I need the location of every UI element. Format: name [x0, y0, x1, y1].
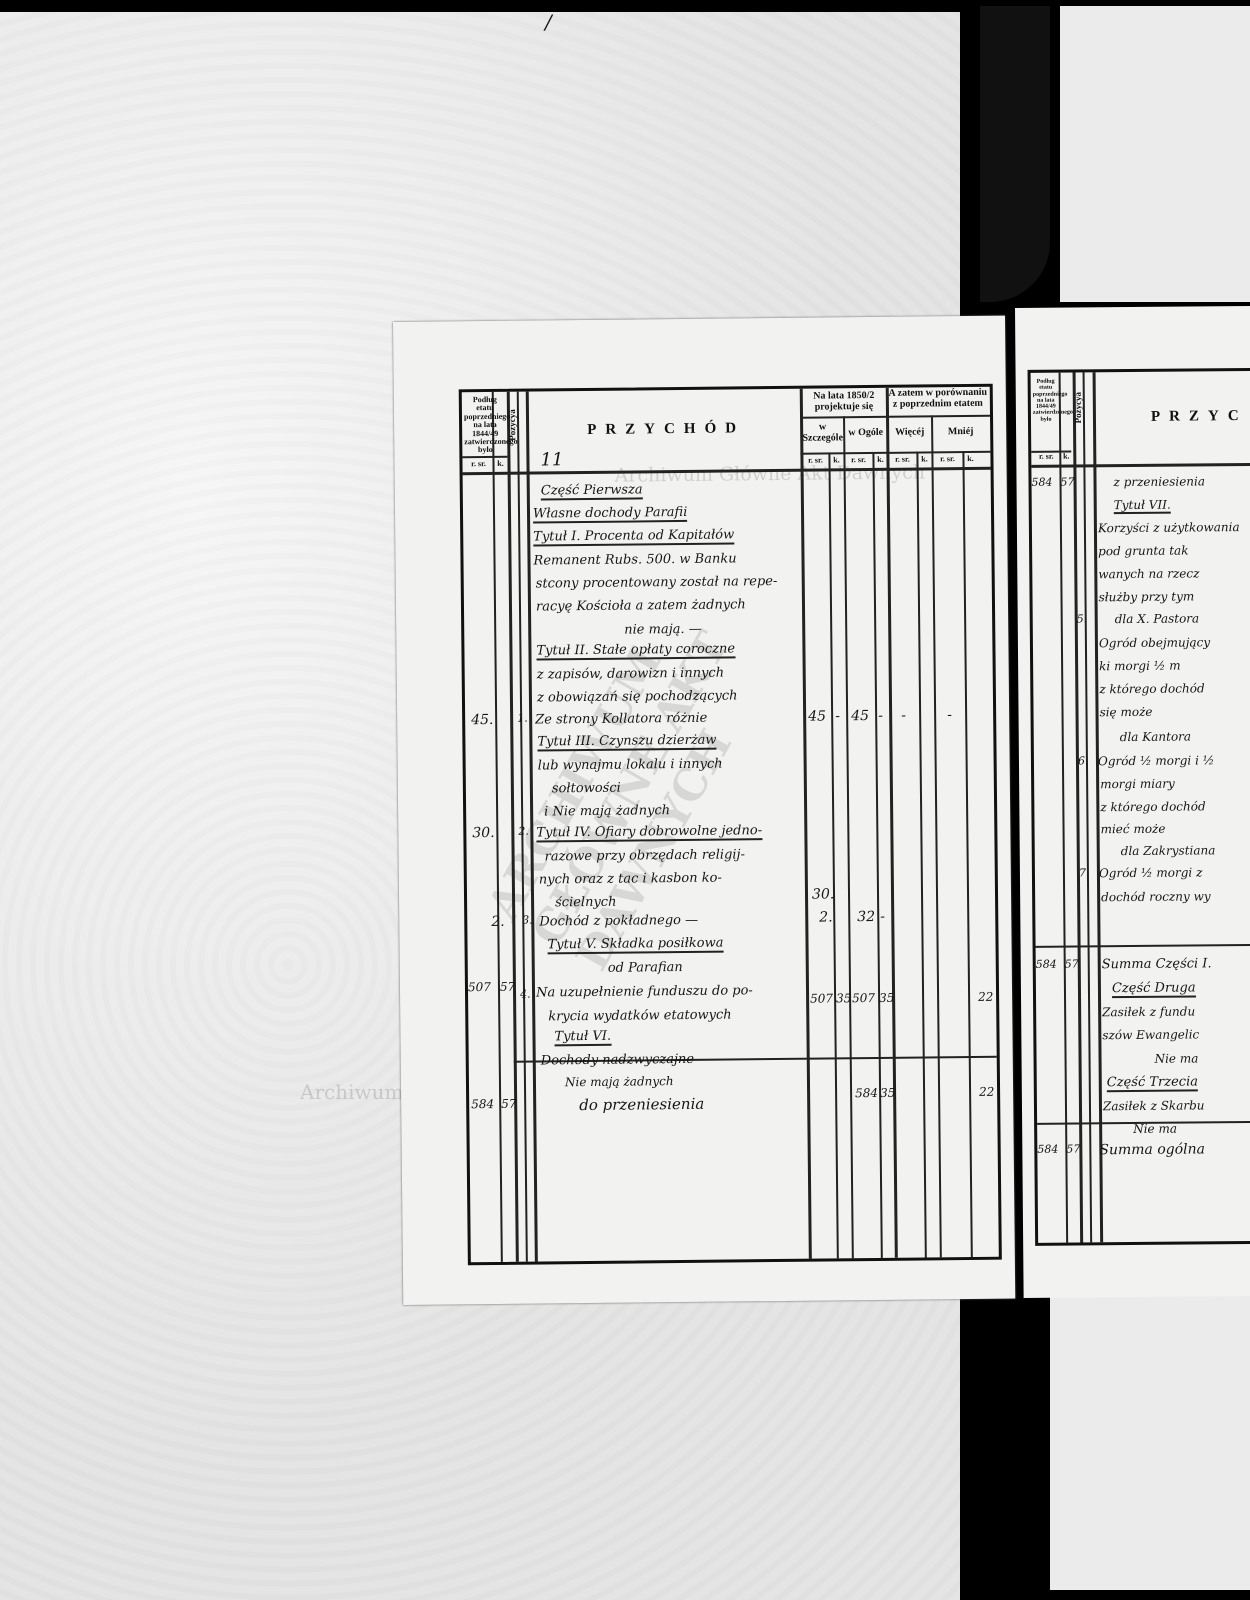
header-total: w Ogóle — [845, 428, 886, 439]
detail-kopecks: - — [835, 708, 840, 724]
prev-amount: 2. — [491, 914, 505, 930]
entry-text: Nie ma — [1154, 1051, 1198, 1065]
carry-total-amount: 584 — [855, 1086, 878, 1100]
entry-text: nych oraz z tac i kasbon ko- — [539, 871, 722, 888]
page-number-mark: 11 — [540, 449, 563, 470]
folio-mark: / — [545, 10, 552, 34]
entry-text: sołtowości — [552, 781, 621, 797]
entry-text: dochód roczny wy — [1101, 889, 1211, 904]
unit-k: k. — [1060, 453, 1072, 461]
header-prev-budget: Podług etatu poprzedniego na lata 1844/4… — [464, 396, 507, 455]
header-przychod: PRZYCHÓD — [532, 421, 800, 440]
row-divider — [800, 415, 990, 419]
unit-k: k. — [918, 455, 930, 464]
entry-text: Nie ma — [1133, 1122, 1177, 1136]
row-divider — [1036, 944, 1250, 948]
total-kopecks: - — [878, 708, 883, 724]
col-divider — [1083, 372, 1093, 1242]
carry-less-amount: 22 — [979, 1085, 994, 1099]
entry-text: ki morgi ½ m — [1099, 659, 1181, 674]
entry-text: racyę Kościoła a zatem żadnych — [536, 597, 746, 614]
entry-text: z przeniesienia — [1113, 474, 1205, 489]
unit-rs: r. sr. — [888, 456, 916, 465]
header-projected: Na lata 1850/2 projektuje się — [802, 391, 886, 413]
ledger-page-left: ARCHIWUM GŁÓWNE AKT DAWNYCH Archiwum Głó… — [393, 316, 1015, 1305]
prev-amount: 45. — [471, 712, 493, 728]
header-przychod: PRZYC — [1151, 409, 1250, 426]
entry-text: Zasiłek z Skarbu — [1103, 1098, 1205, 1113]
entry-text: wanych na rzecz — [1098, 566, 1199, 581]
entry-text: Część Pierwsza — [541, 482, 643, 500]
entry-text: razowe przy obrzędach religij- — [545, 847, 746, 864]
prev-kopecks: 57 — [1060, 475, 1074, 488]
entry-text: Własne dochody Parafii — [533, 505, 688, 524]
entry-text: Tytuł V. Składka posiłkowa — [547, 936, 723, 955]
entry-text: z którego dochód — [1100, 799, 1205, 814]
entry-text: Ogród ½ morgi z — [1099, 865, 1203, 880]
income-table-continued: Podług etatu poprzedniego na lata 1844/4… — [1028, 368, 1250, 1246]
entry-text: szów Ewangelic — [1102, 1027, 1199, 1042]
col-divider — [1073, 372, 1084, 1242]
entry-text: z obowiązań się pochodzących — [537, 688, 738, 705]
entry-text: mieć może — [1100, 822, 1165, 837]
total-amount: 32 — [857, 909, 875, 925]
entry-text: stcony procentowany został na repe- — [536, 574, 778, 592]
carry-prev-kopecks: 57 — [501, 1097, 516, 1111]
total-amount: 507 — [852, 991, 875, 1005]
entry-text: Tytuł II. Stałe opłaty coroczne — [536, 641, 735, 660]
entry-text: Remanent Rubs. 500. w Banku — [533, 551, 736, 568]
entry-text: Ze strony Kollatora różnie — [535, 711, 707, 728]
carry-over-label: do przeniesienia — [579, 1095, 704, 1114]
carry-prev-amount: 584 — [471, 1097, 494, 1111]
col-divider — [507, 392, 519, 1262]
total-kopecks: 35 — [879, 991, 894, 1005]
book-gutter-shadow — [980, 6, 1050, 302]
entry-text: Tytuł I. Procenta od Kapitałów — [533, 527, 734, 546]
position-number: 3. — [522, 914, 533, 927]
unit-rs: r. sr. — [464, 460, 492, 469]
total-kopecks: - — [880, 909, 885, 925]
header-position: Pozycya — [508, 400, 519, 450]
unit-rs: r. sr. — [1033, 453, 1059, 462]
part2-heading: Część Druga — [1112, 980, 1196, 998]
entry-text: służby przy tym — [1098, 589, 1194, 604]
entry-text: dla Zakrystiana — [1121, 843, 1216, 858]
entry-text: dla Kantora — [1120, 729, 1191, 744]
entry-text: pod grunta tak — [1098, 543, 1188, 558]
entry-text: krycia wydatków etatowych — [548, 1007, 731, 1024]
entry-text: Dochód z pokładnego — — [539, 913, 698, 930]
entry-text: Ogród ½ morgi i ½ — [1098, 753, 1215, 768]
detail-kopecks: 35 — [836, 991, 851, 1005]
detail-amount: 2. — [819, 909, 833, 925]
sum-part1-amount: 584 — [1036, 958, 1057, 971]
prev-amount: 584 — [1031, 476, 1052, 489]
header-detail: w Szczególe — [802, 422, 843, 443]
col-divider — [962, 451, 972, 1257]
part3-heading: Część Trzecia — [1107, 1074, 1198, 1092]
entry-text: dla X. Pastora — [1115, 611, 1200, 626]
entry-text: od Parafian — [608, 960, 683, 976]
entry-text: Tytuł VI. — [554, 1029, 611, 1047]
detail-amount: 45 — [808, 708, 826, 724]
entry-text: ścielnych — [555, 895, 616, 911]
entry-text: morgi miary — [1100, 777, 1175, 792]
position-number: 4. — [520, 988, 531, 1001]
unit-k: k. — [494, 460, 506, 469]
entry-text: Ogród obejmujący — [1099, 635, 1210, 650]
entry-text: z którego dochód — [1099, 681, 1204, 696]
entry-text: i Nie mają żadnych — [544, 803, 670, 819]
entry-text: Zasiłek z fundu — [1102, 1004, 1195, 1019]
col-divider — [800, 389, 812, 1259]
detail-amount: 30. — [812, 886, 834, 902]
col-divider — [843, 416, 854, 1258]
col-divider — [886, 388, 898, 1258]
detail-amount: 507 — [810, 991, 833, 1005]
header-bottom-rule — [1031, 463, 1250, 468]
header-comparison: A zatem w porównaniu z poprzednim etatem — [888, 388, 988, 410]
col-divider — [1059, 373, 1069, 1243]
entry-text: Na uzupełnienie funduszu do po- — [536, 983, 753, 1000]
prev-amount: 30. — [472, 825, 494, 841]
next-sheet-bottom — [1050, 1294, 1250, 1590]
entry-text: Dochody nadzwyczajne — [541, 1052, 694, 1069]
position-number: 7. — [1079, 866, 1090, 879]
unit-k: k. — [964, 455, 976, 464]
position-number: 6. — [1078, 754, 1089, 767]
prev-amount: 507 — [468, 980, 491, 994]
position-number: 5. — [1077, 612, 1088, 625]
header-prev-budget: Podług etatu poprzedniego na lata 1844/4… — [1033, 379, 1059, 423]
less-amount: 22 — [978, 990, 993, 1004]
entry-text: Korzyści z użytkowania — [1098, 520, 1240, 535]
col-divider — [916, 452, 926, 1258]
carry-total-kopecks: 35 — [880, 1086, 895, 1100]
unit-k: k. — [874, 456, 886, 465]
unit-rs: r. sr. — [802, 456, 828, 465]
header-more: Więcéj — [888, 427, 931, 438]
entry-text: z zapisów, darowizn i innych — [537, 666, 725, 683]
entry-text: Tytuł III. Czynszu dzierżaw — [537, 733, 716, 752]
col-divider — [828, 452, 838, 1258]
position-number: 2. — [518, 825, 529, 838]
header-less: Mniéj — [933, 427, 988, 438]
ledger-page-right: Podług etatu poprzedniego na lata 1844/4… — [1015, 306, 1250, 1298]
entry-text: lub wynajmu lokalu i innych — [538, 757, 723, 774]
entry-text: Nie mają żadnych — [565, 1074, 674, 1089]
position-number: 1. — [517, 712, 528, 725]
income-table: Podług etatu poprzedniego na lata 1844/4… — [459, 384, 1002, 1266]
header-position: Pozycya — [1074, 382, 1083, 432]
next-sheet-top — [1060, 6, 1250, 302]
grand-total-label: Summa ogólna — [1099, 1141, 1205, 1158]
entry-text: Tytuł IV. Ofiary dobrowolne jedno- — [536, 823, 762, 842]
more-amount: - — [901, 708, 906, 724]
grand-total-kopecks: 57 — [1066, 1142, 1080, 1155]
unit-rs: r. sr. — [845, 456, 871, 465]
sum-part1-label: Summa Części I. — [1102, 956, 1212, 972]
unit-k: k. — [830, 456, 842, 465]
col-divider — [931, 415, 942, 1257]
entry-text: Tytuł VII. — [1114, 498, 1171, 514]
less-amount: - — [947, 707, 952, 723]
col-divider — [872, 452, 882, 1258]
prev-kopecks: 57 — [500, 980, 515, 994]
grand-total-amount: 584 — [1037, 1143, 1058, 1156]
entry-text: nie mają. — — [624, 622, 702, 638]
sum-part1-kopecks: 57 — [1065, 957, 1079, 970]
total-amount: 45 — [851, 708, 869, 724]
entry-text: się może — [1099, 705, 1152, 719]
unit-rs: r. sr. — [933, 455, 961, 464]
